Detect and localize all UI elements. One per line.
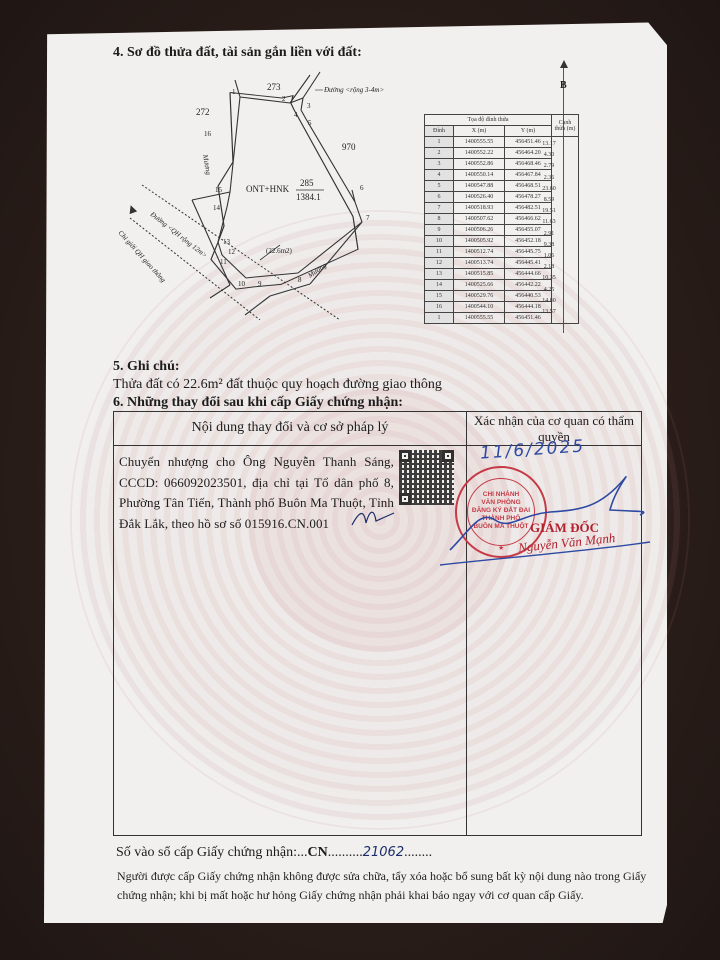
edge-length: 2.79 xyxy=(538,163,560,169)
north-label: B xyxy=(560,80,567,91)
edge-length: 14.80 xyxy=(538,298,560,304)
point-9: 9 xyxy=(258,280,262,288)
ditch-label-left: Mương xyxy=(201,153,213,176)
parcel-diagram: 1 2 3 4 5 6 7 8 9 10 11 12 13 14 15 16 2… xyxy=(110,70,420,320)
stamp-center-text: CHI NHÁNHVĂN PHÒNGĐĂNG KÝ ĐẤT ĐAITHÀNH P… xyxy=(467,478,535,546)
edge-length: 4.25 xyxy=(538,287,560,293)
registry-line: Số vào sổ cấp Giấy chứng nhận:...CN.....… xyxy=(116,845,432,861)
section-5-title: 5. Ghi chú: xyxy=(113,359,180,375)
footer-note: Người được cấp Giấy chứng nhận không đượ… xyxy=(117,867,657,905)
edge-length: 2.91 xyxy=(538,231,560,237)
neighbor-273: 273 xyxy=(267,82,281,92)
point-8: 8 xyxy=(298,276,302,284)
column-divider xyxy=(466,412,467,835)
edge-length: 2.36 xyxy=(538,175,560,181)
change-content: Chuyển nhượng cho Ông Nguyễn Thanh Sáng,… xyxy=(119,452,394,534)
point-7: 7 xyxy=(366,214,370,222)
boundary-label: Chỉ giới QH giao thông xyxy=(117,229,168,284)
point-10: 10 xyxy=(238,280,246,288)
parcel-area: 1384.1 xyxy=(296,192,321,202)
edge-length: 11.63 xyxy=(538,219,560,225)
qr-code xyxy=(399,450,454,505)
edge-length: 8.59 xyxy=(538,197,560,203)
north-arrow-icon xyxy=(560,60,568,68)
edge-length: 4.30 xyxy=(538,152,560,158)
point-6: 6 xyxy=(360,184,364,192)
header-x: X (m) xyxy=(454,126,505,137)
edge-length: 2.18 xyxy=(538,264,560,270)
edge-header: Cạnh thửa (m) xyxy=(552,115,579,137)
coordinates-title: Tọa độ đỉnh thửa xyxy=(425,115,552,126)
neighbor-272: 272 xyxy=(196,107,210,117)
changes-table: Nội dung thay đổi và cơ sở pháp lý Xác n… xyxy=(113,411,642,836)
point-2: 2 xyxy=(282,95,286,103)
registry-number: 21062 xyxy=(363,845,404,860)
registry-label: Số vào sổ cấp Giấy chứng nhận:... xyxy=(116,845,308,860)
edge-length: 23.60 xyxy=(538,186,560,192)
edge-length: 10.35 xyxy=(538,275,560,281)
header-point: Đỉnh xyxy=(425,126,454,137)
point-5: 5 xyxy=(308,119,312,127)
neighbor-970: 970 xyxy=(342,142,356,152)
header-y: Y (m) xyxy=(505,126,552,137)
edge-length: 9.38 xyxy=(538,242,560,248)
point-3: 3 xyxy=(307,102,311,110)
point-13: 13 xyxy=(223,238,231,246)
section-6-title: 6. Những thay đổi sau khi cấp Giấy chứng… xyxy=(113,395,403,411)
parcel-number: 285 xyxy=(300,178,314,188)
note-text: Thửa đất có 22.6m² đất thuộc quy hoạch đ… xyxy=(113,377,442,393)
star-icon: ★ xyxy=(498,544,504,552)
point-12: 12 xyxy=(228,248,236,256)
point-11: 11 xyxy=(220,258,227,266)
point-16: 16 xyxy=(204,130,212,138)
point-4: 4 xyxy=(294,111,298,119)
edge-length: 1.06 xyxy=(538,253,560,259)
registry-prefix: CN xyxy=(308,845,328,860)
point-15: 15 xyxy=(215,186,223,194)
edge-length: 13.57 xyxy=(538,309,560,315)
point-14: 14 xyxy=(213,204,221,212)
section-4-title: 4. Sơ đồ thửa đất, tài sản gắn liền với … xyxy=(113,45,362,61)
content-column-header: Nội dung thay đổi và cơ sở pháp lý xyxy=(114,420,466,436)
planned-area-label: (22.6m2) xyxy=(266,247,293,255)
land-use-code: ONT+HNK xyxy=(246,184,290,194)
edge-length: 13.17 xyxy=(538,141,560,147)
road-label: Đường <rộng 3-4m> xyxy=(323,86,384,94)
edge-length: 19.51 xyxy=(538,208,560,214)
point-1: 1 xyxy=(232,88,236,96)
